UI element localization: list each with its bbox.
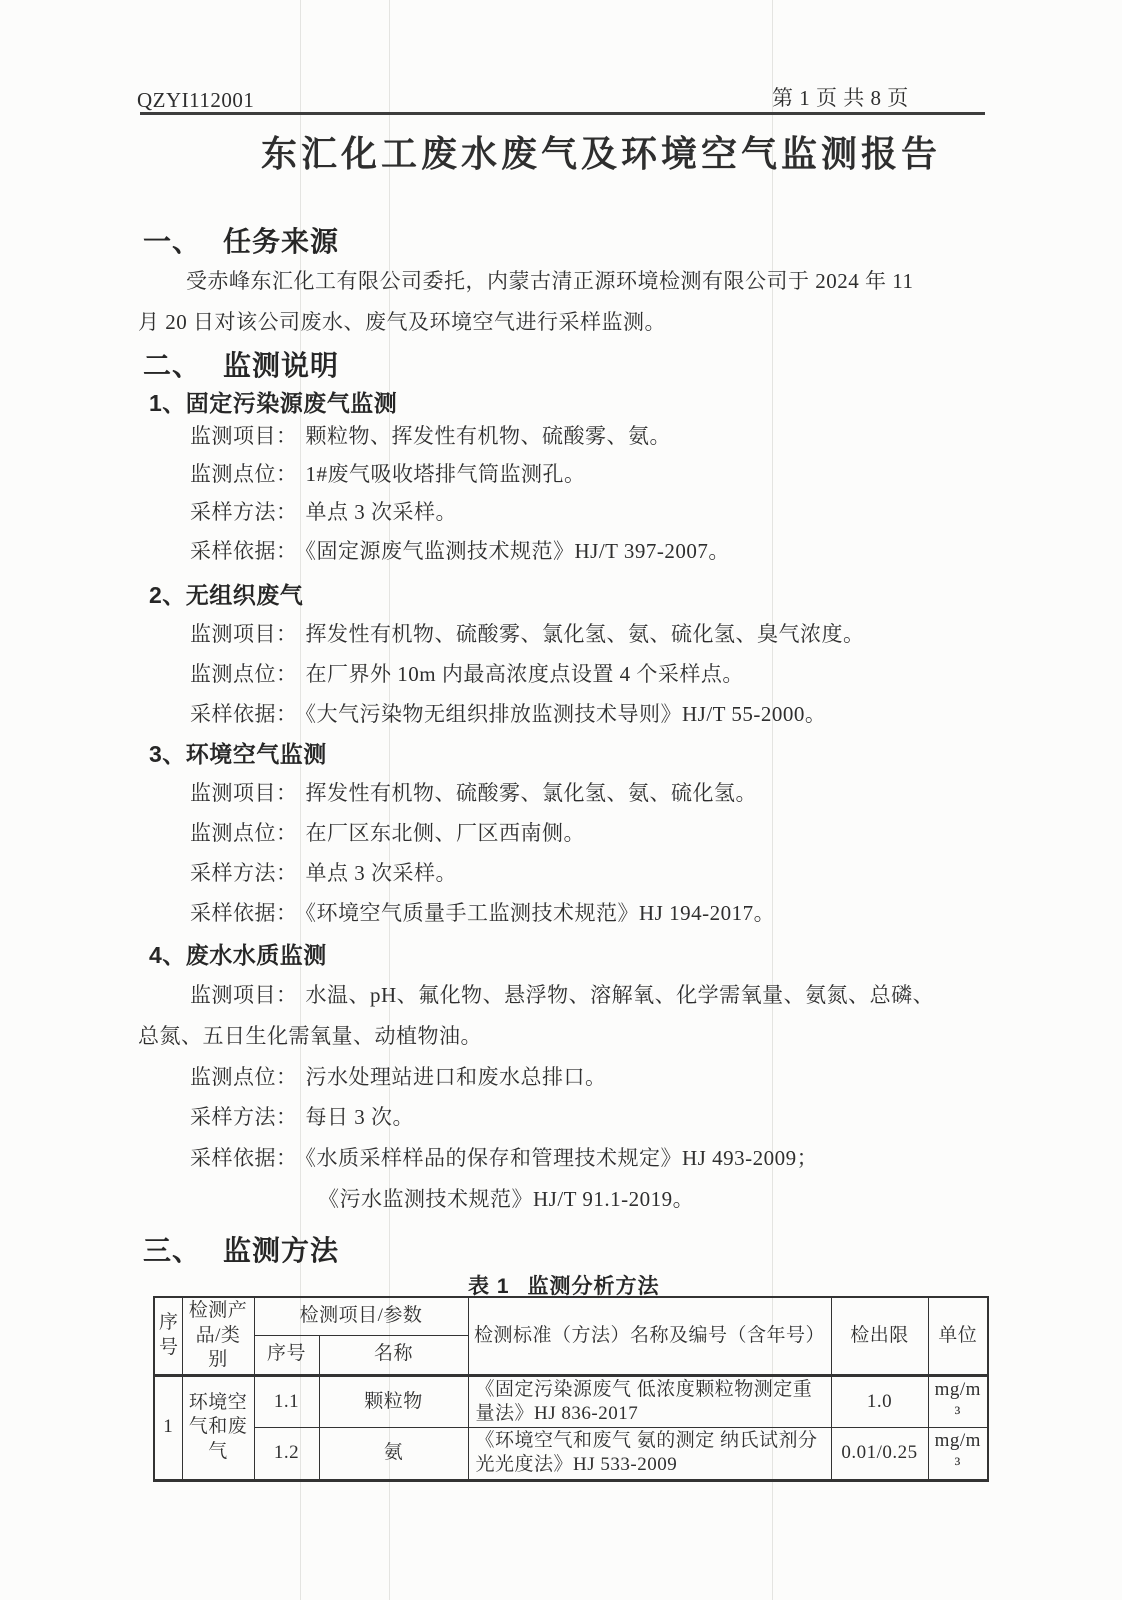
cell-detection-limit: 0.01/0.25 <box>831 1428 928 1481</box>
monitor-item-line: 采样方法：每日 3 次。 <box>190 1105 414 1129</box>
th-product-category: 检测产品/类别 <box>182 1297 254 1375</box>
cell-unit: mg/m³ <box>928 1375 988 1428</box>
subsection-heading-1: 1、固定污染源废气监测 <box>149 390 397 416</box>
th-param-serial: 序号 <box>254 1335 319 1375</box>
cell-group-product: 环境空气和废气 <box>182 1375 254 1480</box>
item-value: 水温、pH、氟化物、悬浮物、溶解氧、化学需氧量、氨氮、总磷、 <box>306 983 935 1007</box>
monitor-item-line: 监测项目：挥发性有机物、硫酸雾、氯化氢、氨、硫化氢。 <box>190 781 757 805</box>
header-rule <box>140 112 985 115</box>
item-label: 采样依据： <box>190 702 298 726</box>
monitor-item-line: 采样依据：《大气污染物无组织排放监测技术导则》HJ/T 55-2000。 <box>190 702 826 726</box>
cell-standard: 《固定污染源废气 低浓度颗粒物测定重量法》HJ 836-2017 <box>468 1375 831 1428</box>
item-value: 《水质采样样品的保存和管理技术规定》HJ 493-2009； <box>306 1146 819 1170</box>
item-value: 《环境空气质量手工监测技术规范》HJ 194-2017。 <box>306 901 776 925</box>
item-label: 采样方法： <box>190 500 298 524</box>
th-unit: 单位 <box>928 1297 988 1375</box>
th-param-name: 名称 <box>319 1335 468 1375</box>
cell-param-no: 1.2 <box>254 1428 319 1481</box>
monitor-item-line: 监测项目：挥发性有机物、硫酸雾、氯化氢、氨、硫化氢、臭气浓度。 <box>190 622 865 646</box>
monitor-item-wrap-line: 总氮、五日生化需氧量、动植物油。 <box>138 1024 482 1048</box>
doc-code: QZYI112001 <box>137 88 254 112</box>
monitor-item-line: 监测项目：颗粒物、挥发性有机物、硫酸雾、氨。 <box>190 424 671 448</box>
section-number: 二、 <box>143 350 201 381</box>
item-label: 采样方法： <box>190 861 298 885</box>
section-heading-method: 三、监测方法 <box>143 1235 339 1267</box>
item-value: 单点 3 次采样。 <box>306 500 458 524</box>
th-param-group: 检测项目/参数 <box>254 1297 468 1335</box>
item-label: 采样依据： <box>190 539 298 563</box>
item-value: 挥发性有机物、硫酸雾、氯化氢、氨、硫化氢、臭气浓度。 <box>306 622 865 646</box>
cell-standard: 《环境空气和废气 氨的测定 纳氏试剂分光光度法》HJ 533-2009 <box>468 1428 831 1481</box>
task-paragraph-line1: 受赤峰东汇化工有限公司委托，内蒙古清正源环境检测有限公司于 2024 年 11 <box>186 269 913 293</box>
item-label: 采样方法： <box>190 1105 298 1129</box>
table-caption-number: 表 1 <box>468 1275 510 1298</box>
cell-unit: mg/m³ <box>928 1428 988 1481</box>
cell-detection-limit: 1.0 <box>831 1375 928 1428</box>
section-title: 监测方法 <box>223 1235 339 1266</box>
monitor-item-line: 监测点位：在厂界外 10m 内最高浓度点设置 4 个采样点。 <box>190 662 744 686</box>
monitor-item-second-basis: 《污水监测技术规范》HJ/T 91.1-2019。 <box>318 1187 694 1211</box>
cell-param-name: 颗粒物 <box>319 1375 468 1428</box>
subsection-heading-2: 2、无组织废气 <box>149 582 303 608</box>
cell-param-no: 1.1 <box>254 1375 319 1428</box>
monitor-item-line: 采样依据：《水质采样样品的保存和管理技术规定》HJ 493-2009； <box>190 1146 818 1170</box>
item-label: 监测项目： <box>190 781 298 805</box>
item-label: 监测项目： <box>190 622 298 646</box>
cell-group-no: 1 <box>154 1375 182 1480</box>
subsection-heading-3: 3、环境空气监测 <box>149 741 327 767</box>
th-detection-limit: 检出限 <box>831 1297 928 1375</box>
section-number: 一、 <box>143 226 201 257</box>
item-value: 在厂区东北侧、厂区西南侧。 <box>306 821 586 845</box>
th-serial: 序号 <box>154 1297 182 1375</box>
monitor-item-line: 监测项目：水温、pH、氟化物、悬浮物、溶解氧、化学需氧量、氨氮、总磷、 <box>190 983 934 1007</box>
cell-param-name: 氨 <box>319 1428 468 1481</box>
item-label: 监测点位： <box>190 821 298 845</box>
monitor-item-line: 监测点位：污水处理站进口和废水总排口。 <box>190 1065 607 1089</box>
item-label: 监测点位： <box>190 662 298 686</box>
item-value: 单点 3 次采样。 <box>306 861 458 885</box>
monitor-item-line: 采样方法：单点 3 次采样。 <box>190 500 457 524</box>
item-value: 颗粒物、挥发性有机物、硫酸雾、氨。 <box>306 424 672 448</box>
item-label: 采样依据： <box>190 901 298 925</box>
item-label: 监测项目： <box>190 983 298 1007</box>
item-value: 《固定源废气监测技术规范》HJ/T 397-2007。 <box>306 539 730 563</box>
item-value: 每日 3 次。 <box>306 1105 415 1129</box>
monitor-item-line: 监测点位：在厂区东北侧、厂区西南侧。 <box>190 821 585 845</box>
item-label: 监测项目： <box>190 424 298 448</box>
monitor-item-line: 采样方法：单点 3 次采样。 <box>190 861 457 885</box>
table-caption-title: 监测分析方法 <box>528 1275 660 1298</box>
item-value: 1#废气吸收塔排气筒监测孔。 <box>306 462 586 486</box>
report-title: 东汇化工废水废气及环境空气监测报告 <box>261 134 941 175</box>
monitor-item-line: 采样依据：《环境空气质量手工监测技术规范》HJ 194-2017。 <box>190 901 775 925</box>
item-label: 监测点位： <box>190 1065 298 1089</box>
item-value: 污水处理站进口和废水总排口。 <box>306 1065 607 1089</box>
section-heading-desc: 二、监测说明 <box>143 350 339 382</box>
item-label: 采样依据： <box>190 1146 298 1170</box>
item-value: 挥发性有机物、硫酸雾、氯化氢、氨、硫化氢。 <box>306 781 758 805</box>
section-heading-task: 一、任务来源 <box>143 226 339 258</box>
section-title: 任务来源 <box>223 226 339 257</box>
section-title: 监测说明 <box>223 350 339 381</box>
item-label: 监测点位： <box>190 462 298 486</box>
page-indicator: 第 1 页 共 8 页 <box>772 86 909 110</box>
monitor-item-line: 采样依据：《固定源废气监测技术规范》HJ/T 397-2007。 <box>190 539 730 563</box>
monitor-item-line: 监测点位：1#废气吸收塔排气筒监测孔。 <box>190 462 586 486</box>
item-value: 《大气污染物无组织排放监测技术导则》HJ/T 55-2000。 <box>306 702 827 726</box>
section-number: 三、 <box>143 1235 201 1266</box>
subsection-heading-4: 4、废水水质监测 <box>149 942 327 968</box>
methods-table: 序号 检测产品/类别 检测项目/参数 检测标准（方法）名称及编号（含年号） 检出… <box>153 1296 989 1482</box>
scanned-report-page: QZYI112001 第 1 页 共 8 页 东汇化工废水废气及环境空气监测报告… <box>0 0 1122 1600</box>
task-paragraph-line2: 月 20 日对该公司废水、废气及环境空气进行采样监测。 <box>138 310 666 334</box>
th-standard: 检测标准（方法）名称及编号（含年号） <box>468 1297 831 1375</box>
item-value: 在厂界外 10m 内最高浓度点设置 4 个采样点。 <box>306 662 744 686</box>
